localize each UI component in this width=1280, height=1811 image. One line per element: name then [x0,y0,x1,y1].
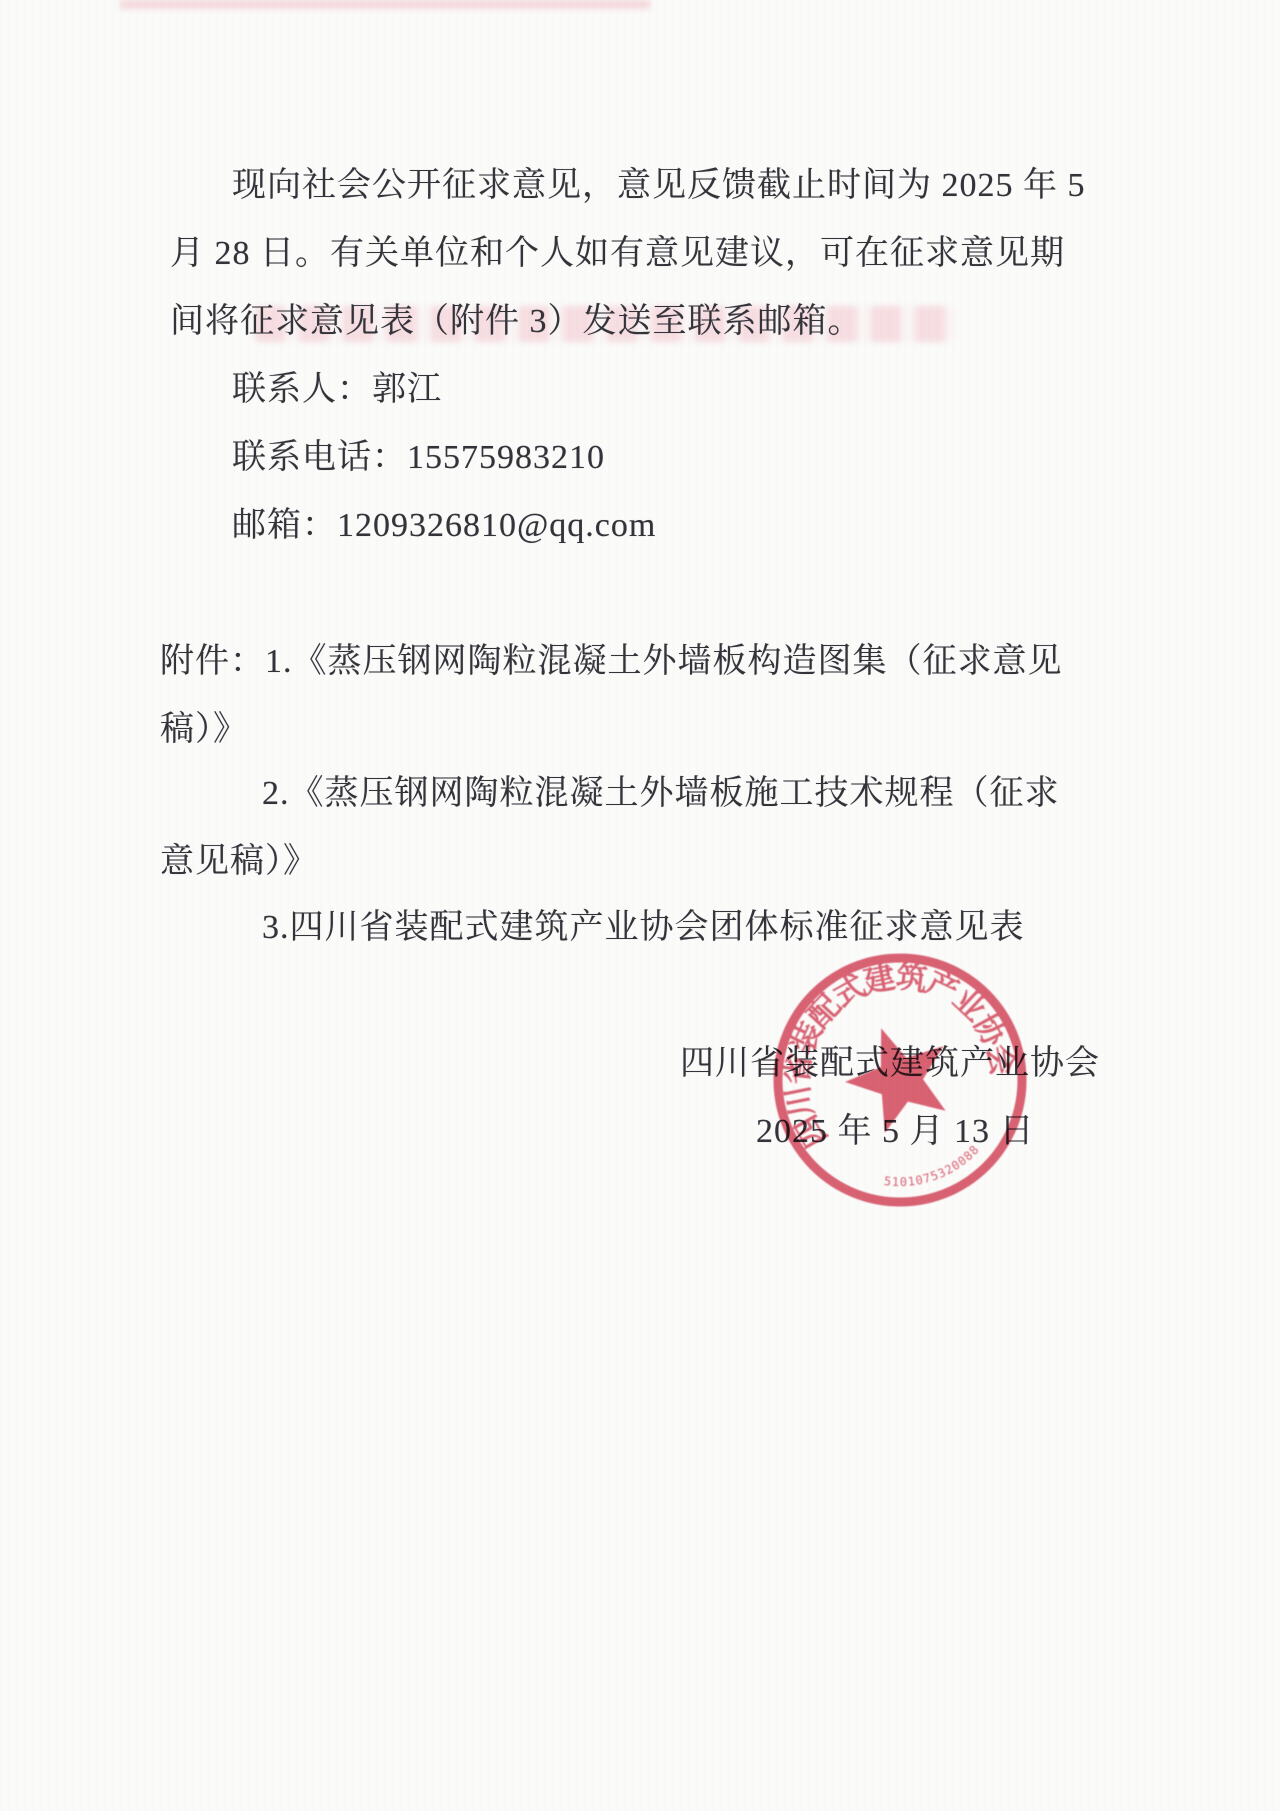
scan-artifact-top-edge [120,0,650,9]
attachment-1-line-b: 稿）》 [160,710,248,750]
official-seal-graphic: 四川省装配式建筑产业协会 5101075320088 [727,907,1073,1253]
seal-serial-number: 5101075320088 [879,1140,987,1201]
official-seal: 四川省装配式建筑产业协会 5101075320088 [727,907,1073,1253]
body-line-2: 月 28 日。有关单位和个人如有意见建议，可在征求意见期 [170,234,1065,274]
contact-email-line: 邮箱：1209326810@qq.com [232,506,656,546]
contact-person-line: 联系人：郭江 [232,370,442,410]
contact-phone-line: 联系电话：15575983210 [232,438,605,478]
scanned-letter-page: 现向社会公开征求意见，意见反馈截止时间为 2025 年 5 月 28 日。有关单… [0,0,1280,1811]
svg-text:5101075320088: 5101075320088 [879,1140,987,1201]
attachment-1-line-a: 附件：1.《蒸压钢网陶粒混凝土外墙板构造图集（征求意见 [160,642,1063,682]
body-line-1: 现向社会公开征求意见，意见反馈截止时间为 2025 年 5 [232,166,1086,206]
attachment-2-line-b: 意见稿）》 [160,842,318,882]
body-line-3: 间将征求意见表（附件 3）发送至联系邮箱。 [170,302,863,342]
attachment-2-line-a: 2.《蒸压钢网陶粒混凝土外墙板施工技术规程（征求 [262,774,1060,814]
seal-star-icon [832,1010,964,1139]
